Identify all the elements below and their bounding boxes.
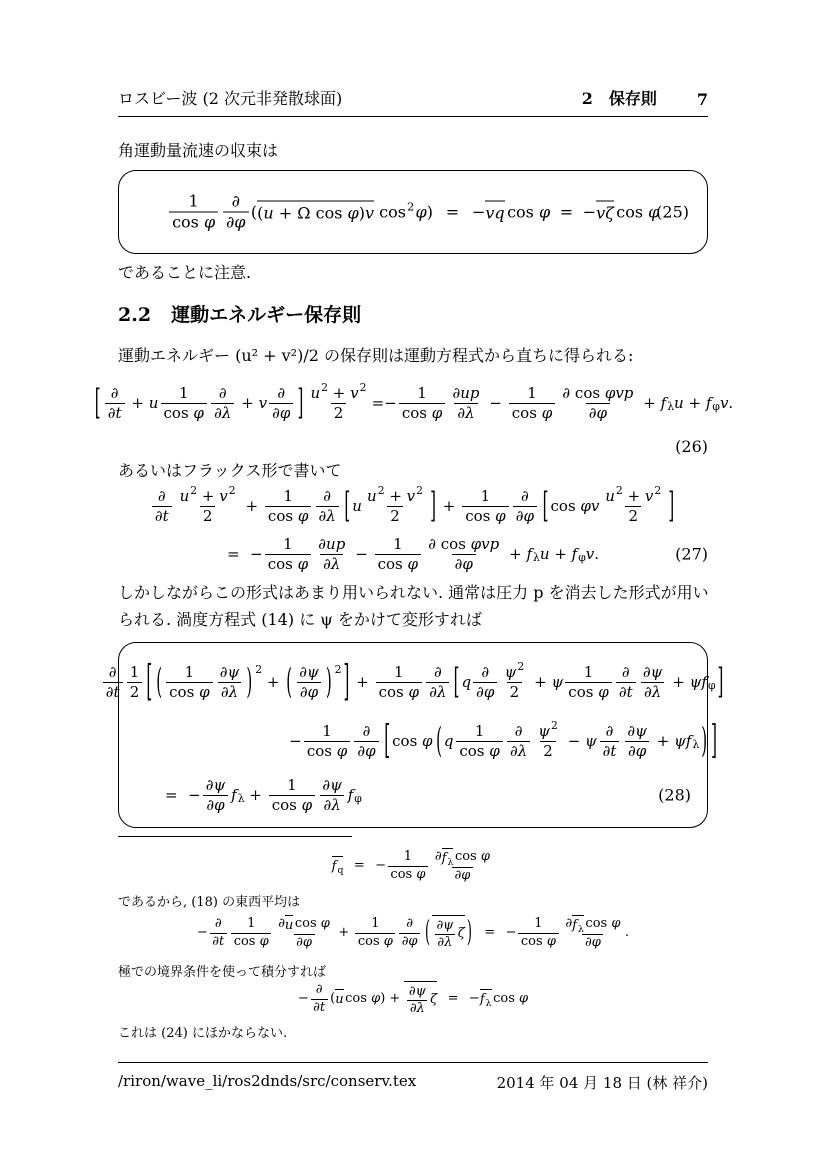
- paragraph-note: であることに注意.: [118, 259, 708, 286]
- equation-number-25: (25): [656, 203, 689, 222]
- equation-28-line3: =−∂ψ∂φfλ + 1cos φ∂ψ∂λfφ: [165, 771, 362, 819]
- paragraph-flux-form: あるいはフラックス形で書いて: [118, 457, 708, 484]
- footnote-equation-fq: fq=−1cos φ∂fλcos φ∂φ: [118, 843, 708, 889]
- paragraph-intro: 角運動量流速の収束は: [118, 137, 708, 164]
- footnote-rule: [118, 836, 352, 837]
- equation-number-28: (28): [658, 786, 691, 805]
- header-section-label: 2 保存則: [582, 86, 657, 109]
- paragraph-kinetic-energy: 運動エネルギー (u² + v²)/2 の保存則は運動方程式から直ちに得られる:: [118, 342, 718, 369]
- page-header: ロスビー波 (2 次元非発散球面) 2 保存則 7: [118, 86, 708, 117]
- equation-28-line1: ∂∂t12[(1cos φ∂ψ∂λ)2 + (∂ψ∂φ)2] + 1cos φ∂…: [123, 653, 703, 711]
- footnote-text-identical: これは (24) にほかならない.: [118, 1023, 708, 1045]
- footnote-equation-integrated: −∂∂t(ucos φ) + ∂ψ∂λζ=−fλcos φ: [118, 977, 708, 1021]
- page-footer: /riron/wave_li/ros2dnds/src/conserv.tex …: [118, 1062, 708, 1093]
- footer-date: 2014 年 04 月 18 日 (林 祥介): [497, 1072, 708, 1093]
- header-title: ロスビー波 (2 次元非発散球面): [118, 86, 342, 109]
- equation-27-line2-row: =−1cos φ∂up∂λ − 1cos φ∂ cos φvp∂φ + fλu …: [104, 529, 722, 579]
- document-page: ロスビー波 (2 次元非発散球面) 2 保存則 7 角運動量流速の収束は 1co…: [0, 0, 826, 1169]
- equation-27-line1: ∂∂tu2 + v22 + 1cos φ∂∂λ[uu2 + v22] + 1co…: [104, 481, 722, 531]
- equation-number-26: (26): [118, 437, 708, 456]
- equation-26: [∂∂t + u1cos φ∂∂λ + v∂∂φ]u2 + v22=−1cos …: [100, 372, 726, 434]
- equation-28-line3-row: =−∂ψ∂φfλ + 1cos φ∂ψ∂λfφ (28): [165, 771, 691, 819]
- equation-number-27: (27): [675, 545, 708, 564]
- section-number: 2.2: [118, 304, 151, 326]
- equation-28-line2: −1cos φ∂∂φ[cos φ(q1cos φ∂∂λψ22 − ψ∂∂t∂ψ∂…: [119, 713, 719, 769]
- footer-source-path: /riron/wave_li/ros2dnds/src/conserv.tex: [118, 1072, 416, 1093]
- equation-box-25: 1cos φ∂∂φ((u + Ω cos φ)v cos2φ)=−vqcos φ…: [118, 170, 708, 254]
- header-page-number: 7: [697, 90, 708, 109]
- section-heading: 2.2運動エネルギー保存則: [118, 300, 708, 327]
- equation-box-28: ∂∂t12[(1cos φ∂ψ∂λ)2 + (∂ψ∂φ)2] + 1cos φ∂…: [118, 642, 708, 828]
- equation-25: 1cos φ∂∂φ((u + Ω cos φ)v cos2φ)=−vqcos φ…: [119, 192, 707, 233]
- section-title: 運動エネルギー保存則: [171, 304, 361, 326]
- header-right: 2 保存則 7: [582, 86, 708, 109]
- equation-27-line2: =−1cos φ∂up∂λ − 1cos φ∂ cos φvp∂φ + fλu …: [104, 529, 722, 579]
- footnote-equation-zonal: −∂∂t1cos φ∂ucos φ∂φ + 1cos φ∂∂φ(∂ψ∂λζ)=−…: [118, 908, 708, 958]
- paragraph-pressure: しかしながらこの形式はあまり用いられない. 通常は圧力 p を消去した形式が用い…: [118, 579, 714, 633]
